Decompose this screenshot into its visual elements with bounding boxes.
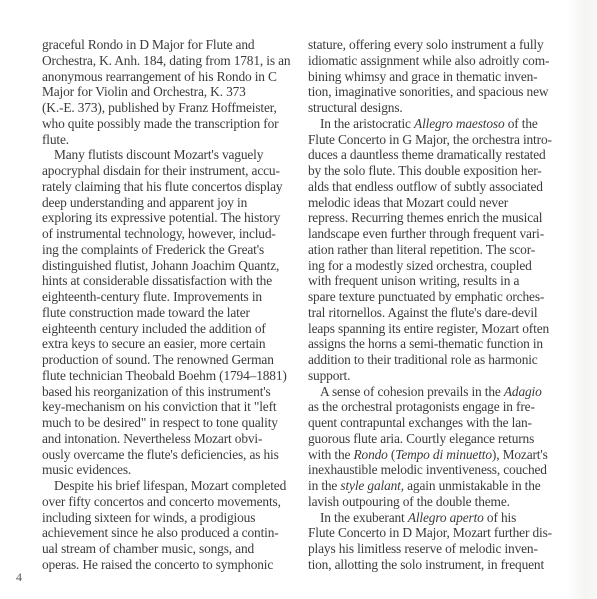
text-line: repress. Recurring themes enrich the mus… (308, 210, 570, 226)
text-segment: support. (308, 368, 350, 383)
italic-term: Adagio (504, 384, 542, 399)
text-segment: with the (308, 447, 354, 462)
text-line: much to be desired" in respect to tone q… (42, 415, 304, 431)
italic-term: Tempo di minuetto (395, 447, 492, 462)
text-segment: alds that endless outflow of subtly asso… (308, 179, 543, 194)
text-line: based his reorganization of this instrum… (42, 384, 304, 400)
text-segment: stature, offering every solo instrument … (308, 37, 544, 52)
text-line: inexhaustible melodic inventiveness, cou… (308, 462, 570, 478)
page-number: 4 (16, 570, 22, 585)
text-segment: in the (308, 478, 340, 493)
text-line: Orchestra, K. Anh. 184, dating from 1781… (42, 53, 304, 69)
text-segment: quent contrapuntal exchanges with the la… (308, 415, 532, 430)
text-line: spare texture punctuated by emphatic orc… (308, 289, 570, 305)
text-segment: Flute Concerto in G Major, the orchestra… (308, 132, 552, 147)
text-line: In the aristocratic Allegro maestoso of … (308, 116, 570, 132)
text-line: tral ritornellos. Against the flute's da… (308, 305, 570, 321)
text-line: guorous flute aria. Courtly elegance ret… (308, 431, 570, 447)
text-line: landscape even further through frequent … (308, 226, 570, 242)
text-line: leaps spanning its entire register, Moza… (308, 321, 570, 337)
text-segment: inexhaustible melodic inventiveness, cou… (308, 462, 547, 477)
text-line: tion, allotting the solo instrument, in … (308, 557, 570, 573)
text-line: by the solo flute. This double expositio… (308, 163, 570, 179)
text-segment: melodic ideas that Mozart could never (308, 195, 508, 210)
text-segment: structural designs. (308, 100, 403, 115)
text-line: idiomatic assignment while also adroitly… (308, 53, 570, 69)
text-segment: tral ritornellos. Against the flute's da… (308, 305, 537, 320)
text-line: bining whimsy and grace in thematic inve… (308, 69, 570, 85)
text-line: assigns the horns a semi-thematic functi… (308, 336, 570, 352)
text-line: Major for Violin and Orchestra, K. 373 (42, 84, 304, 100)
text-line: exploring its expressive potential. The … (42, 210, 304, 226)
text-line: including sixteen for winds, a prodigiou… (42, 510, 304, 526)
text-line: of instrumental technology, however, inc… (42, 226, 304, 242)
text-line: flute technician Theobald Boehm (1794–18… (42, 368, 304, 384)
text-line: flute construction made toward the later (42, 305, 304, 321)
text-segment: as the orchestral protagonists engage in… (308, 399, 535, 414)
italic-term: style galant (340, 478, 400, 493)
text-line: operas. He raised the concerto to sympho… (42, 557, 304, 573)
text-line: distinguished flutist, Johann Joachim Qu… (42, 258, 304, 274)
text-line: key-mechanism on his conviction that it … (42, 399, 304, 415)
text-line: eighteenth century included the addition… (42, 321, 304, 337)
text-segment: guorous flute aria. Courtly elegance ret… (308, 431, 534, 446)
text-line: with frequent unison writing, results in… (308, 273, 570, 289)
text-segment: , again unmistakable in the (401, 478, 541, 493)
text-segment: tion, imaginative sonorities, and spacio… (308, 84, 548, 99)
text-segment: plays his limitless reserve of melodic i… (308, 541, 538, 556)
text-segment: A sense of cohesion prevails in the (320, 384, 504, 399)
text-line: alds that endless outflow of subtly asso… (308, 179, 570, 195)
text-line: Despite his brief lifespan, Mozart compl… (42, 478, 304, 494)
text-line: structural designs. (308, 100, 570, 116)
text-line: duces a dauntless theme dramatically res… (308, 147, 570, 163)
text-line: in the style galant, again unmistakable … (308, 478, 570, 494)
text-line: music evidences. (42, 462, 304, 478)
text-line: graceful Rondo in D Major for Flute and (42, 37, 304, 53)
text-segment: landscape even further through frequent … (308, 226, 544, 241)
text-segment: lavish outpouring of the double theme. (308, 494, 510, 509)
text-line: tion, imaginative sonorities, and spacio… (308, 84, 570, 100)
text-line: plays his limitless reserve of melodic i… (308, 541, 570, 557)
text-line: A sense of cohesion prevails in the Adag… (308, 384, 570, 400)
text-segment: Flute Concerto in D Major, Mozart furthe… (308, 525, 552, 540)
text-line: lavish outpouring of the double theme. (308, 494, 570, 510)
text-segment: In the exuberant (320, 510, 408, 525)
text-segment: idiomatic assignment while also adroitly… (308, 53, 549, 68)
text-line: achievement since he also produced a con… (42, 525, 304, 541)
text-line: deep understanding and apparent joy in (42, 195, 304, 211)
text-segment: assigns the horns a semi-thematic functi… (308, 336, 543, 351)
text-line: rately claiming that his flute concertos… (42, 179, 304, 195)
text-segment: spare texture punctuated by emphatic orc… (308, 289, 544, 304)
text-line: as the orchestral protagonists engage in… (308, 399, 570, 415)
text-line: addition to their traditional role as ha… (308, 352, 570, 368)
text-line: apocryphal disdain for their instrument,… (42, 163, 304, 179)
text-line: ation rather than literal repetition. Th… (308, 242, 570, 258)
right-text-column: stature, offering every solo instrument … (308, 37, 570, 573)
text-line: Many flutists discount Mozart's vaguely (42, 147, 304, 163)
text-line: Flute Concerto in D Major, Mozart furthe… (308, 525, 570, 541)
text-line: hints at considerable dissatisfaction wi… (42, 273, 304, 289)
text-segment: repress. Recurring themes enrich the mus… (308, 210, 542, 225)
text-segment: In the aristocratic (320, 116, 414, 131)
text-line: melodic ideas that Mozart could never (308, 195, 570, 211)
text-line: production of sound. The renowned German (42, 352, 304, 368)
text-line: ual stream of chamber music, songs, and (42, 541, 304, 557)
text-segment: tion, allotting the solo instrument, in … (308, 557, 544, 572)
text-line: ing for a modestly sized orchestra, coup… (308, 258, 570, 274)
text-line: extra keys to secure an easier, more cer… (42, 336, 304, 352)
text-segment: of his (484, 510, 516, 525)
text-segment: ation rather than literal repetition. Th… (308, 242, 535, 257)
text-segment: leaps spanning its entire register, Moza… (308, 321, 549, 336)
text-line: ing the complaints of Frederick the Grea… (42, 242, 304, 258)
text-line: with the Rondo (Tempo di minuetto), Moza… (308, 447, 570, 463)
text-segment: ), Mozart's (492, 447, 548, 462)
text-line: and intonation. Nevertheless Mozart obvi… (42, 431, 304, 447)
text-segment: duces a dauntless theme dramatically res… (308, 147, 546, 162)
text-line: Flute Concerto in G Major, the orchestra… (308, 132, 570, 148)
text-line: eighteenth-century flute. Improvements i… (42, 289, 304, 305)
text-segment: of the (505, 116, 538, 131)
text-line: over fifty concertos and concerto moveme… (42, 494, 304, 510)
text-segment: addition to their traditional role as ha… (308, 352, 538, 367)
italic-term: Allegro aperto (408, 510, 484, 525)
text-segment: bining whimsy and grace in thematic inve… (308, 69, 537, 84)
text-line: quent contrapuntal exchanges with the la… (308, 415, 570, 431)
page-edge-shadow (567, 0, 597, 599)
italic-term: Allegro maestoso (414, 116, 504, 131)
text-line: flute. (42, 132, 304, 148)
text-line: In the exuberant Allegro aperto of his (308, 510, 570, 526)
text-line: support. (308, 368, 570, 384)
text-line: stature, offering every solo instrument … (308, 37, 570, 53)
text-line: (K.-E. 373), published by Franz Hoffmeis… (42, 100, 304, 116)
italic-term: Rondo (354, 447, 388, 462)
text-line: ously overcame the flute's deficiencies,… (42, 447, 304, 463)
text-segment: by the solo flute. This double expositio… (308, 163, 542, 178)
text-line: who quite possibly made the transcriptio… (42, 116, 304, 132)
text-segment: ing for a modestly sized orchestra, coup… (308, 258, 532, 273)
left-text-column: graceful Rondo in D Major for Flute andO… (42, 37, 304, 573)
text-segment: with frequent unison writing, results in… (308, 273, 519, 288)
text-line: anonymous rearrangement of his Rondo in … (42, 69, 304, 85)
